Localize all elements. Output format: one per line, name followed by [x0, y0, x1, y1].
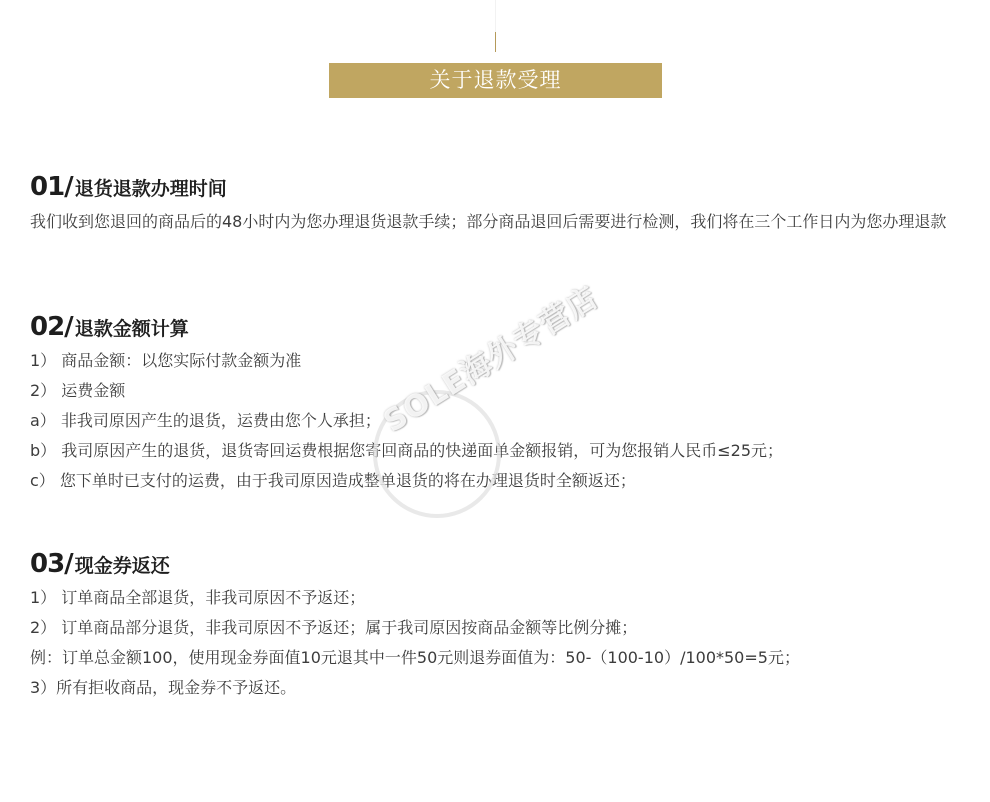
section-title: 现金券返还: [75, 551, 170, 578]
list-item: a） 非我司原因产生的退货，运费由您个人承担；: [30, 406, 970, 436]
section-title: 退款金额计算: [75, 314, 189, 341]
page-title-banner: 关于退款受理: [329, 63, 662, 98]
list-item: 2） 运费金额: [30, 376, 970, 406]
list-item: 3）所有拒收商品，现金券不予返还。: [30, 673, 970, 703]
section-heading: 03/ 现金券返还: [30, 549, 970, 579]
section-refund-time: 01/ 退货退款办理时间 我们收到您退回的商品后的48小时内为您办理退货退款手续…: [30, 172, 970, 237]
section-number: 03/: [30, 549, 73, 579]
section-paragraph: 我们收到您退回的商品后的48小时内为您办理退货退款手续；部分商品退回后需要进行检…: [30, 206, 970, 237]
section-refund-amount: 02/ 退款金额计算 1） 商品金额：以您实际付款金额为准 2） 运费金额 a）…: [30, 312, 970, 496]
top-divider-faint: [495, 0, 496, 32]
section-heading: 01/ 退货退款办理时间: [30, 172, 970, 202]
section-heading: 02/ 退款金额计算: [30, 312, 970, 342]
list-item: c） 您下单时已支付的运费，由于我司原因造成整单退货的将在办理退货时全额返还；: [30, 466, 970, 496]
list-item: b） 我司原因产生的退货，退货寄回运费根据您寄回商品的快递面单金额报销，可为您报…: [30, 436, 970, 466]
list-item: 1） 订单商品全部退货，非我司原因不予返还；: [30, 583, 970, 613]
section-coupon-return: 03/ 现金券返还 1） 订单商品全部退货，非我司原因不予返还； 2） 订单商品…: [30, 549, 970, 703]
section-title: 退货退款办理时间: [75, 174, 227, 201]
top-divider-line: [495, 32, 496, 52]
list-item: 1） 商品金额：以您实际付款金额为准: [30, 346, 970, 376]
section-number: 01/: [30, 172, 73, 202]
list-item: 2） 订单商品部分退货，非我司原因不予返还；属于我司原因按商品金额等比例分摊；: [30, 613, 970, 643]
list-item: 例：订单总金额100，使用现金券面值10元退其中一件50元则退券面值为：50-（…: [30, 643, 970, 673]
section-number: 02/: [30, 312, 73, 342]
